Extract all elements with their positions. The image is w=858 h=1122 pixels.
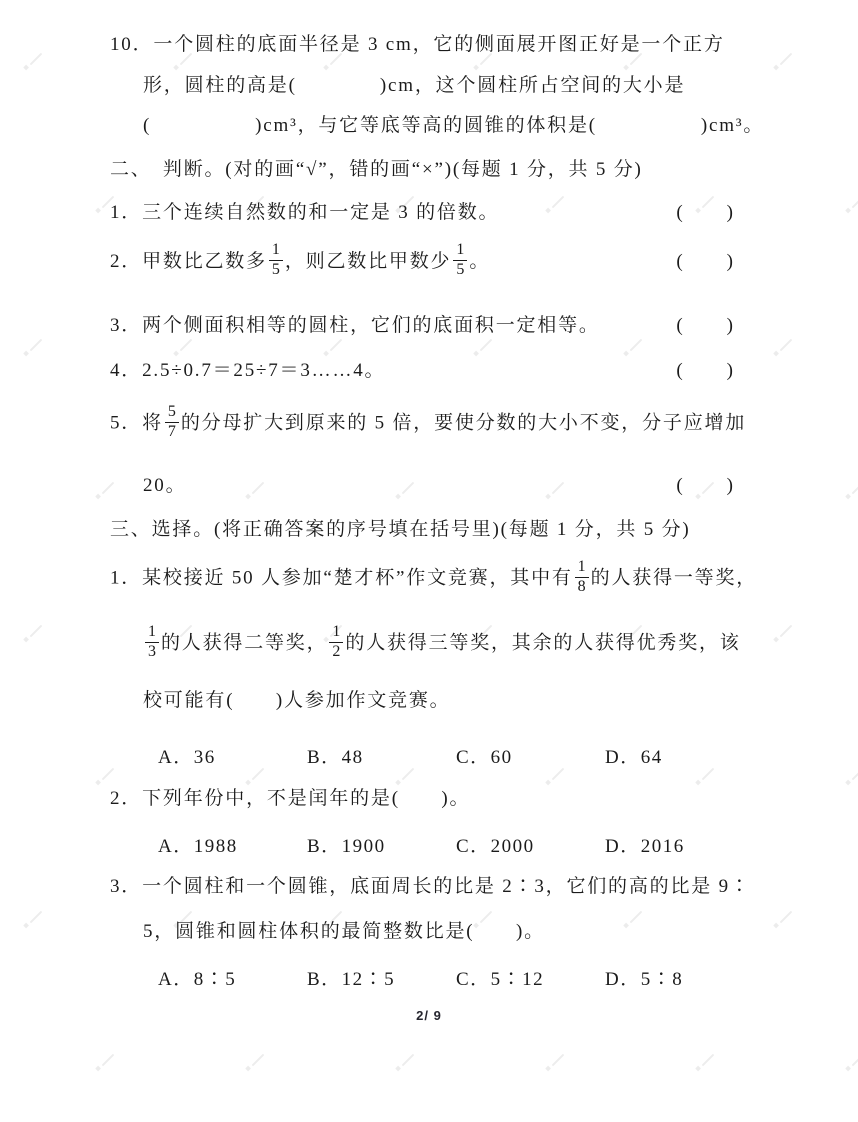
fraction-numerator: 1 — [575, 559, 589, 578]
option-a: A．36 — [158, 742, 307, 769]
choice-1-text-2: 的人获得一等奖， — [591, 568, 757, 589]
answer-brackets: ( ) — [676, 474, 735, 498]
judgment-item-2: 2．甲数比乙数多15，则乙数比甲数少15。 ( ) — [110, 244, 735, 281]
choice-1-text-4: 的人获得三等奖，其余的人获得优秀奖，该 — [345, 633, 740, 654]
fraction: 12 — [329, 624, 343, 661]
fraction-numerator: 5 — [165, 404, 179, 423]
fraction-denominator: 3 — [148, 643, 156, 661]
option-b: B．48 — [307, 742, 456, 769]
q10-line-1: 10．一个圆柱的底面半径是 3 cm，它的侧面展开图正好是一个正方 — [110, 33, 725, 57]
judgment-item-3: 3．两个侧面积相等的圆柱，它们的底面积一定相等。 ( ) — [110, 314, 735, 338]
option-b: B．1900 — [307, 831, 456, 858]
answer-brackets: ( ) — [676, 359, 735, 383]
choice-item-3-line-1: 3．一个圆柱和一个圆锥，底面周长的比是 2∶3，它们的高的比是 9∶ — [110, 875, 751, 899]
choice-item-1-line-3: 校可能有( )人参加作文竞赛。 — [143, 689, 450, 713]
judgment-2-text-1: 2．甲数比乙数多 — [110, 250, 267, 274]
option-a: A．1988 — [158, 831, 307, 858]
choice-item-3-line-2: 5，圆锥和圆柱体积的最简整数比是( )。 — [143, 920, 545, 944]
fraction-denominator: 5 — [456, 261, 464, 279]
test-paper-page: 10．一个圆柱的底面半径是 3 cm，它的侧面展开图正好是一个正方 形，圆柱的高… — [0, 0, 858, 1122]
fraction: 18 — [575, 559, 589, 596]
option-c: C．60 — [456, 742, 605, 769]
answer-brackets: ( ) — [676, 250, 735, 274]
choice-1-text-1: 1．某校接近 50 人参加“楚才杯”作文竞赛，其中有 — [110, 568, 573, 589]
option-c: C．2000 — [456, 831, 605, 858]
answer-brackets: ( ) — [676, 314, 735, 338]
judgment-5-text-1: 5．将 — [110, 413, 163, 434]
option-b: B．12∶5 — [307, 964, 456, 991]
fraction: 13 — [145, 624, 159, 661]
choice-1-options: A．36 B．48 C．60 D．64 — [158, 742, 754, 769]
q10-line-2: 形，圆柱的高是( )cm，这个圆柱所占空间的大小是 — [143, 74, 685, 98]
page-number: 2/ 9 — [0, 1008, 858, 1023]
choice-item-1-line-1: 1．某校接近 50 人参加“楚才杯”作文竞赛，其中有18的人获得一等奖， — [110, 561, 757, 598]
judgment-item-1: 1．三个连续自然数的和一定是 3 的倍数。 ( ) — [110, 201, 735, 225]
fraction-denominator: 2 — [332, 643, 340, 661]
choice-3-options: A．8∶5 B．12∶5 C．5∶12 D．5∶8 — [158, 964, 754, 991]
fraction: 15 — [453, 242, 467, 279]
fraction-denominator: 8 — [578, 578, 586, 596]
q10-line-3: ( )cm³，与它等底等高的圆锥的体积是( )cm³。 — [143, 114, 764, 138]
section-2-header: 二、 判断。(对的画“√”，错的画“×”)(每题 1 分，共 5 分) — [110, 158, 643, 182]
answer-brackets: ( ) — [676, 201, 735, 225]
judgment-5-text-2: 的分母扩大到原来的 5 倍，要使分数的大小不变，分子应增加 — [181, 413, 746, 434]
judgment-item-5-line-2: 20。 ( ) — [143, 474, 735, 498]
judgment-2-text-2: ，则乙数比甲数少 — [285, 250, 451, 274]
fraction-numerator: 1 — [329, 624, 343, 643]
judgment-4-text: 4．2.5÷0.7＝25÷7＝3……4。 — [110, 359, 385, 383]
option-d: D．5∶8 — [605, 964, 754, 991]
judgment-item-5-line-1: 5．将57的分母扩大到原来的 5 倍，要使分数的大小不变，分子应增加 — [110, 406, 746, 443]
judgment-item-4: 4．2.5÷0.7＝25÷7＝3……4。 ( ) — [110, 359, 735, 383]
choice-item-1-line-2: 13的人获得二等奖，12的人获得三等奖，其余的人获得优秀奖，该 — [143, 626, 741, 663]
fraction-numerator: 1 — [453, 242, 467, 261]
judgment-2-text-3: 。 — [469, 250, 490, 274]
fraction-numerator: 1 — [269, 242, 283, 261]
section-3-header: 三、选择。(将正确答案的序号填在括号里)(每题 1 分，共 5 分) — [110, 518, 691, 542]
judgment-3-text: 3．两个侧面积相等的圆柱，它们的底面积一定相等。 — [110, 314, 600, 338]
judgment-1-text: 1．三个连续自然数的和一定是 3 的倍数。 — [110, 201, 499, 225]
option-c: C．5∶12 — [456, 964, 605, 991]
fraction-denominator: 5 — [272, 261, 280, 279]
option-d: D．2016 — [605, 831, 754, 858]
option-d: D．64 — [605, 742, 754, 769]
fraction: 57 — [165, 404, 179, 441]
fraction-numerator: 1 — [145, 624, 159, 643]
judgment-5-text-3: 20。 — [143, 474, 186, 498]
choice-1-text-3: 的人获得二等奖， — [161, 633, 327, 654]
fraction-denominator: 7 — [168, 423, 176, 441]
choice-2-options: A．1988 B．1900 C．2000 D．2016 — [158, 831, 754, 858]
choice-item-2-line-1: 2．下列年份中，不是闰年的是( )。 — [110, 787, 470, 811]
option-a: A．8∶5 — [158, 964, 307, 991]
fraction: 15 — [269, 242, 283, 279]
